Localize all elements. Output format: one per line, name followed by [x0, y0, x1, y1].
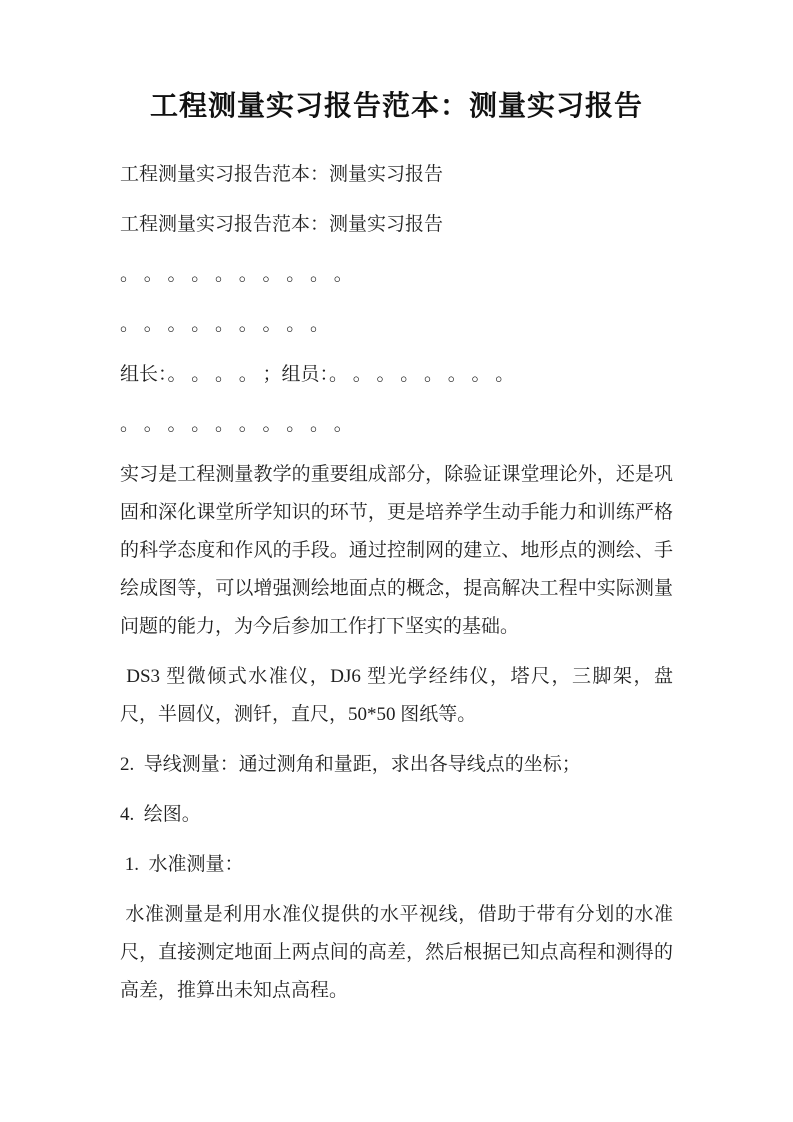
document-title: 工程测量实习报告范本：测量实习报告	[120, 86, 673, 128]
equipment-paragraph: DS3 型微倾式水准仪，DJ6 型光学经纬仪，塔尺，三脚架，盘尺，半圆仪，测钎，…	[120, 658, 673, 734]
subtitle-line-1: 工程测量实习报告范本：测量实习报告	[120, 156, 673, 194]
list-item-2-traverse-survey: 2. 导线测量：通过测角和量距，求出各导线点的坐标；	[120, 746, 673, 784]
document-page: 工程测量实习报告范本：测量实习报告 工程测量实习报告范本：测量实习报告 工程测量…	[0, 0, 793, 1122]
leveling-paragraph: 水准测量是利用水准仪提供的水平视线，借助于带有分划的水准尺，直接测定地面上两点间…	[120, 896, 673, 1010]
document-content: 工程测量实习报告范本：测量实习报告 工程测量实习报告范本：测量实习报告 工程测量…	[0, 86, 793, 1010]
intro-paragraph: 实习是工程测量教学的重要组成部分，除验证课堂理论外，还是巩固和深化课堂所学知识的…	[120, 456, 673, 646]
subtitle-line-2: 工程测量实习报告范本：测量实习报告	[120, 206, 673, 244]
dotted-line-1: 。 。 。 。 。 。 。 。 。 。	[120, 256, 673, 294]
dotted-line-2: 。 。 。 。 。 。 。 。 。	[120, 306, 673, 344]
list-item-1-leveling: 1. 水准测量：	[120, 846, 673, 884]
team-leader-members-line: 组长：。 。 。 。 ；组员：。 。 。 。 。 。 。 。	[120, 356, 673, 394]
dotted-line-3: 。 。 。 。 。 。 。 。 。 。	[120, 406, 673, 444]
list-item-4-drawing: 4. 绘图。	[120, 796, 673, 834]
